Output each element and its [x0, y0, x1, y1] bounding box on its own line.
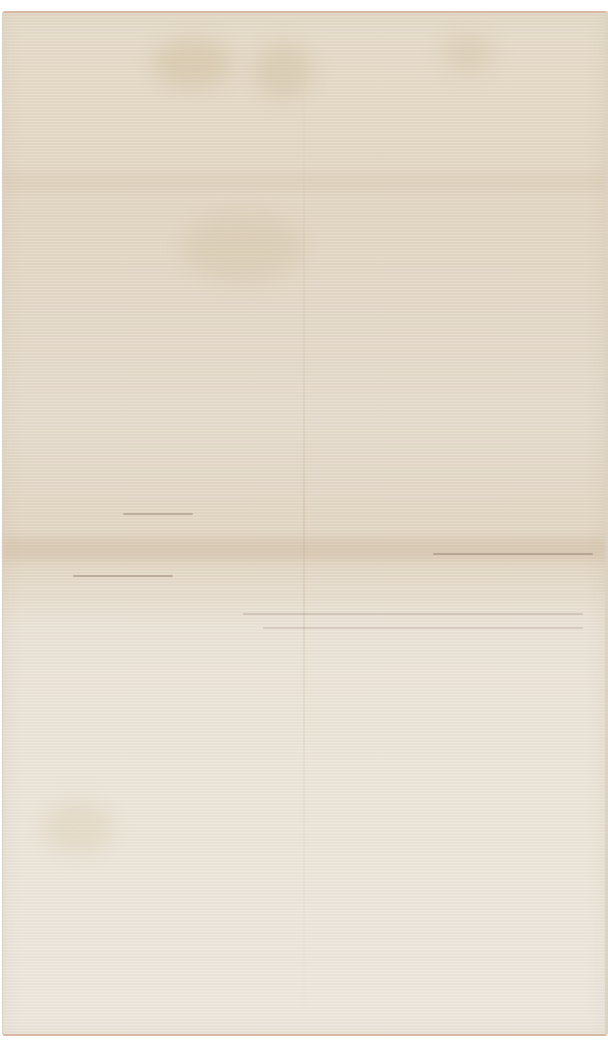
wear-line [73, 575, 173, 577]
wear-line [123, 513, 193, 515]
wear-line [433, 553, 593, 555]
stain [43, 803, 113, 853]
stain [253, 43, 313, 98]
center-crease [303, 23, 305, 1033]
stain [443, 33, 493, 73]
rug [2, 11, 608, 1036]
wear-line [243, 613, 583, 615]
photo-canvas [0, 0, 608, 1040]
stain [183, 213, 303, 283]
stain [153, 38, 233, 88]
wear-line [263, 627, 583, 629]
